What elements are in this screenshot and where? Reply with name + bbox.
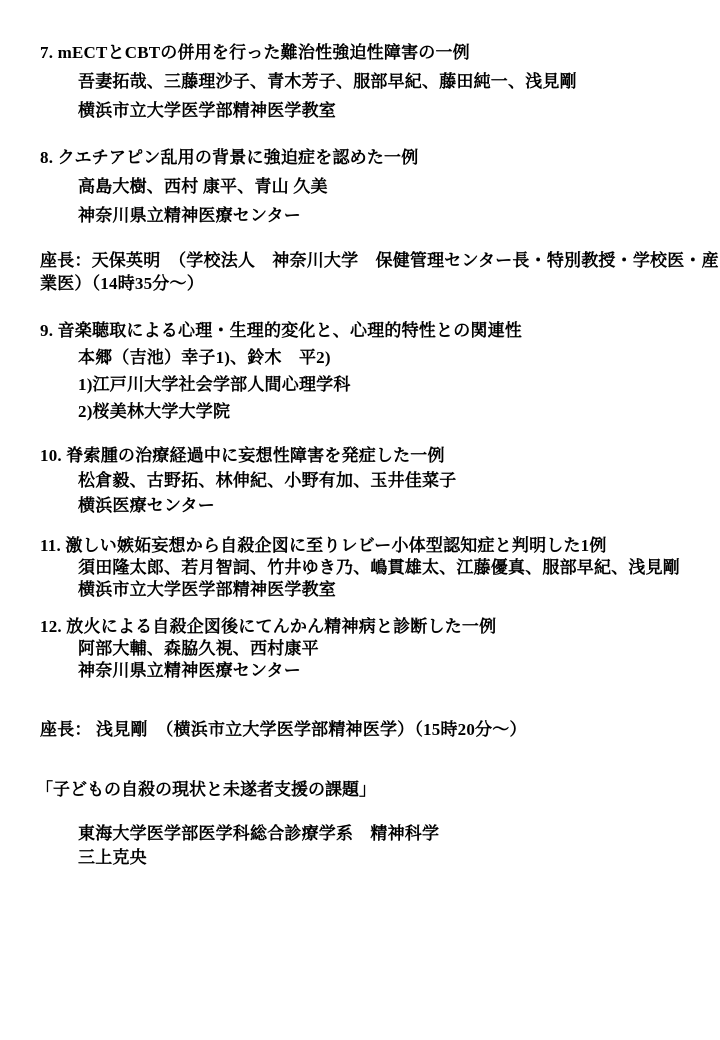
lecture-title: 「子どもの自殺の現状と未遂者支援の課題」 bbox=[36, 778, 376, 801]
presentation-7-authors: 吾妻拓哉、三藤理沙子、青木芳子、服部早紀、藤田純一、浅見剛 bbox=[40, 67, 577, 96]
presentation-9-affiliation-1: 1)江戸川大学社会学部人間心理学科 bbox=[40, 371, 522, 398]
lecture-title-block: 「子どもの自殺の現状と未遂者支援の課題」 bbox=[36, 778, 376, 801]
chair-note-1: 座長：天保英明 （学校法人 神奈川大学 保健管理センター長・特別教授・学校医・産… bbox=[40, 249, 720, 295]
document-page: 7. mECTとCBTの併用を行った難治性強迫性障害の一例 吾妻拓哉、三藤理沙子… bbox=[0, 0, 720, 1040]
presentation-item-12: 12. 放火による自殺企図後にてんかん精神病と診断した一例 阿部大輔、森脇久視、… bbox=[40, 616, 496, 682]
presentation-10-affiliation: 横浜医療センター bbox=[40, 493, 456, 518]
presentation-item-9: 9. 音楽聴取による心理・生理的変化と、心理的特性との関連性 本郷（吉池）幸子1… bbox=[40, 317, 522, 425]
lecture-speaker: 三上克央 bbox=[78, 846, 439, 870]
presentation-12-title: 12. 放火による自殺企図後にてんかん精神病と診断した一例 bbox=[40, 616, 496, 638]
chair-note-2: 座長： 浅見剛 （横浜市立大学医学部精神医学）（15時20分～） bbox=[40, 718, 527, 741]
presentation-9-affiliation-2: 2)桜美林大学大学院 bbox=[40, 398, 522, 425]
presentation-11-title: 11. 激しい嫉妬妄想から自殺企図に至りレビー小体型認知症と判明した1例 bbox=[40, 535, 680, 557]
presentation-12-authors: 阿部大輔、森脇久視、西村康平 bbox=[40, 638, 496, 660]
presentation-10-authors: 松倉毅、古野拓、林伸紀、小野有加、玉井佳菜子 bbox=[40, 468, 456, 493]
lecture-affiliation: 東海大学医学部医学科総合診療学系 精神科学 bbox=[78, 822, 439, 846]
presentation-11-authors: 須田隆太郎、若月智詞、竹井ゆき乃、嶋貫雄太、江藤優真、服部早紀、浅見剛 bbox=[40, 557, 680, 579]
presentation-9-title: 9. 音楽聴取による心理・生理的変化と、心理的特性との関連性 bbox=[40, 317, 522, 344]
presentation-11-affiliation: 横浜市立大学医学部精神医学教室 bbox=[40, 579, 680, 601]
presentation-item-10: 10. 脊索腫の治療経過中に妄想性障害を発症した一例 松倉毅、古野拓、林伸紀、小… bbox=[40, 443, 456, 518]
presentation-8-affiliation: 神奈川県立精神医療センター bbox=[40, 201, 418, 230]
presentation-7-affiliation: 横浜市立大学医学部精神医学教室 bbox=[40, 96, 577, 125]
presentation-7-title: 7. mECTとCBTの併用を行った難治性強迫性障害の一例 bbox=[40, 38, 577, 67]
presentation-item-8: 8. クエチアピン乱用の背景に強迫症を認めた一例 高島大樹、西村 康平、青山 久… bbox=[40, 143, 418, 230]
presentation-10-title: 10. 脊索腫の治療経過中に妄想性障害を発症した一例 bbox=[40, 443, 456, 468]
presentation-12-affiliation: 神奈川県立精神医療センター bbox=[40, 660, 496, 682]
presentation-8-authors: 高島大樹、西村 康平、青山 久美 bbox=[40, 172, 418, 201]
presentation-8-title: 8. クエチアピン乱用の背景に強迫症を認めた一例 bbox=[40, 143, 418, 172]
presentation-item-11: 11. 激しい嫉妬妄想から自殺企図に至りレビー小体型認知症と判明した1例 須田隆… bbox=[40, 535, 680, 601]
chair-1-text: 座長：天保英明 （学校法人 神奈川大学 保健管理センター長・特別教授・学校医・産… bbox=[40, 249, 720, 295]
chair-2-text: 座長： 浅見剛 （横浜市立大学医学部精神医学）（15時20分～） bbox=[40, 718, 527, 741]
lecture-speaker-block: 東海大学医学部医学科総合診療学系 精神科学 三上克央 bbox=[78, 822, 439, 870]
presentation-item-7: 7. mECTとCBTの併用を行った難治性強迫性障害の一例 吾妻拓哉、三藤理沙子… bbox=[40, 38, 577, 125]
presentation-9-authors: 本郷（吉池）幸子1)、鈴木 平2) bbox=[40, 344, 522, 371]
